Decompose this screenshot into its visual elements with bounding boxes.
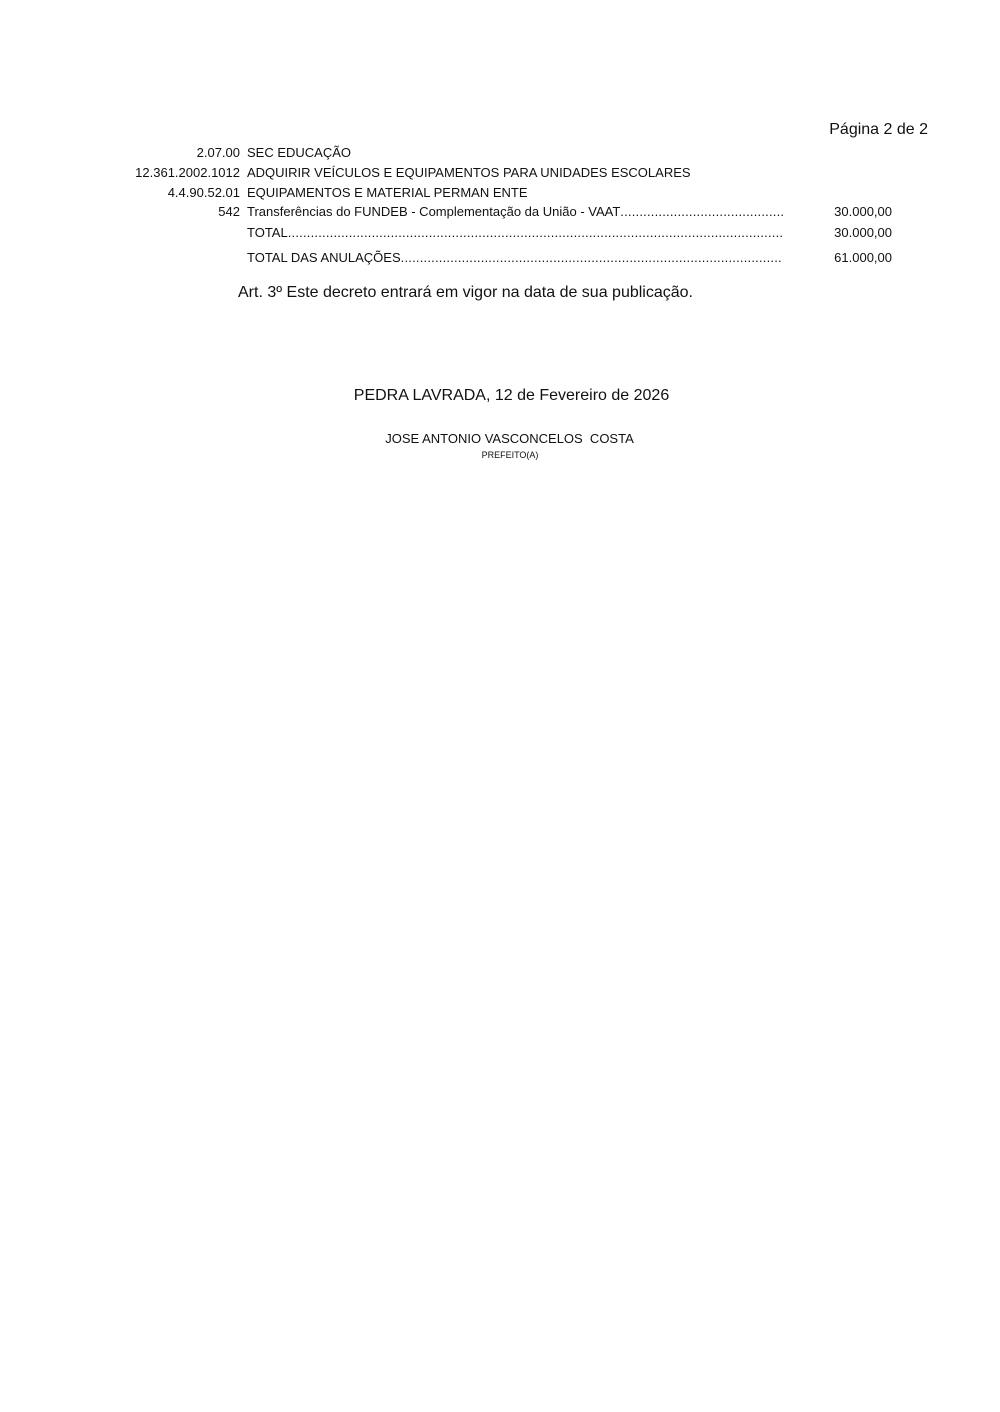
dot-leader: [620, 203, 783, 221]
dot-leader: [288, 224, 783, 242]
source-description-leader: Transferências do FUNDEB - Complementaçã…: [247, 203, 783, 221]
source-code: 542: [218, 203, 240, 221]
source-value: 30.000,00: [834, 203, 892, 221]
total-annulments-row: TOTAL DAS ANULAÇÕES 61.000,00: [0, 249, 1000, 267]
budget-unit-row: 2.07.00 SEC EDUCAÇÃO: [0, 144, 1000, 162]
budget-element-row: 4.4.90.52.01 EQUIPAMENTOS E MATERIAL PER…: [0, 184, 1000, 202]
element-description: EQUIPAMENTOS E MATERIAL PERMAN ENTE: [247, 184, 528, 202]
element-code: 4.4.90.52.01: [168, 184, 240, 202]
total-label: TOTAL: [247, 224, 288, 242]
unit-description: SEC EDUCAÇÃO: [247, 144, 351, 162]
signer-name: JOSE ANTONIO VASCONCELOS COSTA: [0, 431, 1000, 446]
article-3: Art. 3º Este decreto entrará em vigor na…: [238, 284, 693, 302]
dot-leader: [401, 249, 783, 267]
source-description: Transferências do FUNDEB - Complementaçã…: [247, 203, 620, 221]
unit-code: 2.07.00: [197, 144, 240, 162]
total-label-leader: TOTAL: [247, 224, 783, 242]
total-annulments-value: 61.000,00: [834, 249, 892, 267]
total-annulments-label: TOTAL DAS ANULAÇÕES: [247, 249, 401, 267]
page-number: Página 2 de 2: [829, 121, 928, 139]
place-and-date: PEDRA LAVRADA, 12 de Fevereiro de 2026: [0, 387, 1000, 405]
budget-action-row: 12.361.2002.1012 ADQUIRIR VEÍCULOS E EQU…: [0, 164, 1000, 182]
budget-source-row: 542 Transferências do FUNDEB - Complemen…: [0, 203, 1000, 221]
total-annulments-leader: TOTAL DAS ANULAÇÕES: [247, 249, 783, 267]
total-value: 30.000,00: [834, 224, 892, 242]
action-description: ADQUIRIR VEÍCULOS E EQUIPAMENTOS PARA UN…: [247, 164, 691, 182]
signer-role: PREFEITO(A): [0, 450, 1000, 460]
total-row: TOTAL 30.000,00: [0, 224, 1000, 242]
action-code: 12.361.2002.1012: [135, 164, 240, 182]
